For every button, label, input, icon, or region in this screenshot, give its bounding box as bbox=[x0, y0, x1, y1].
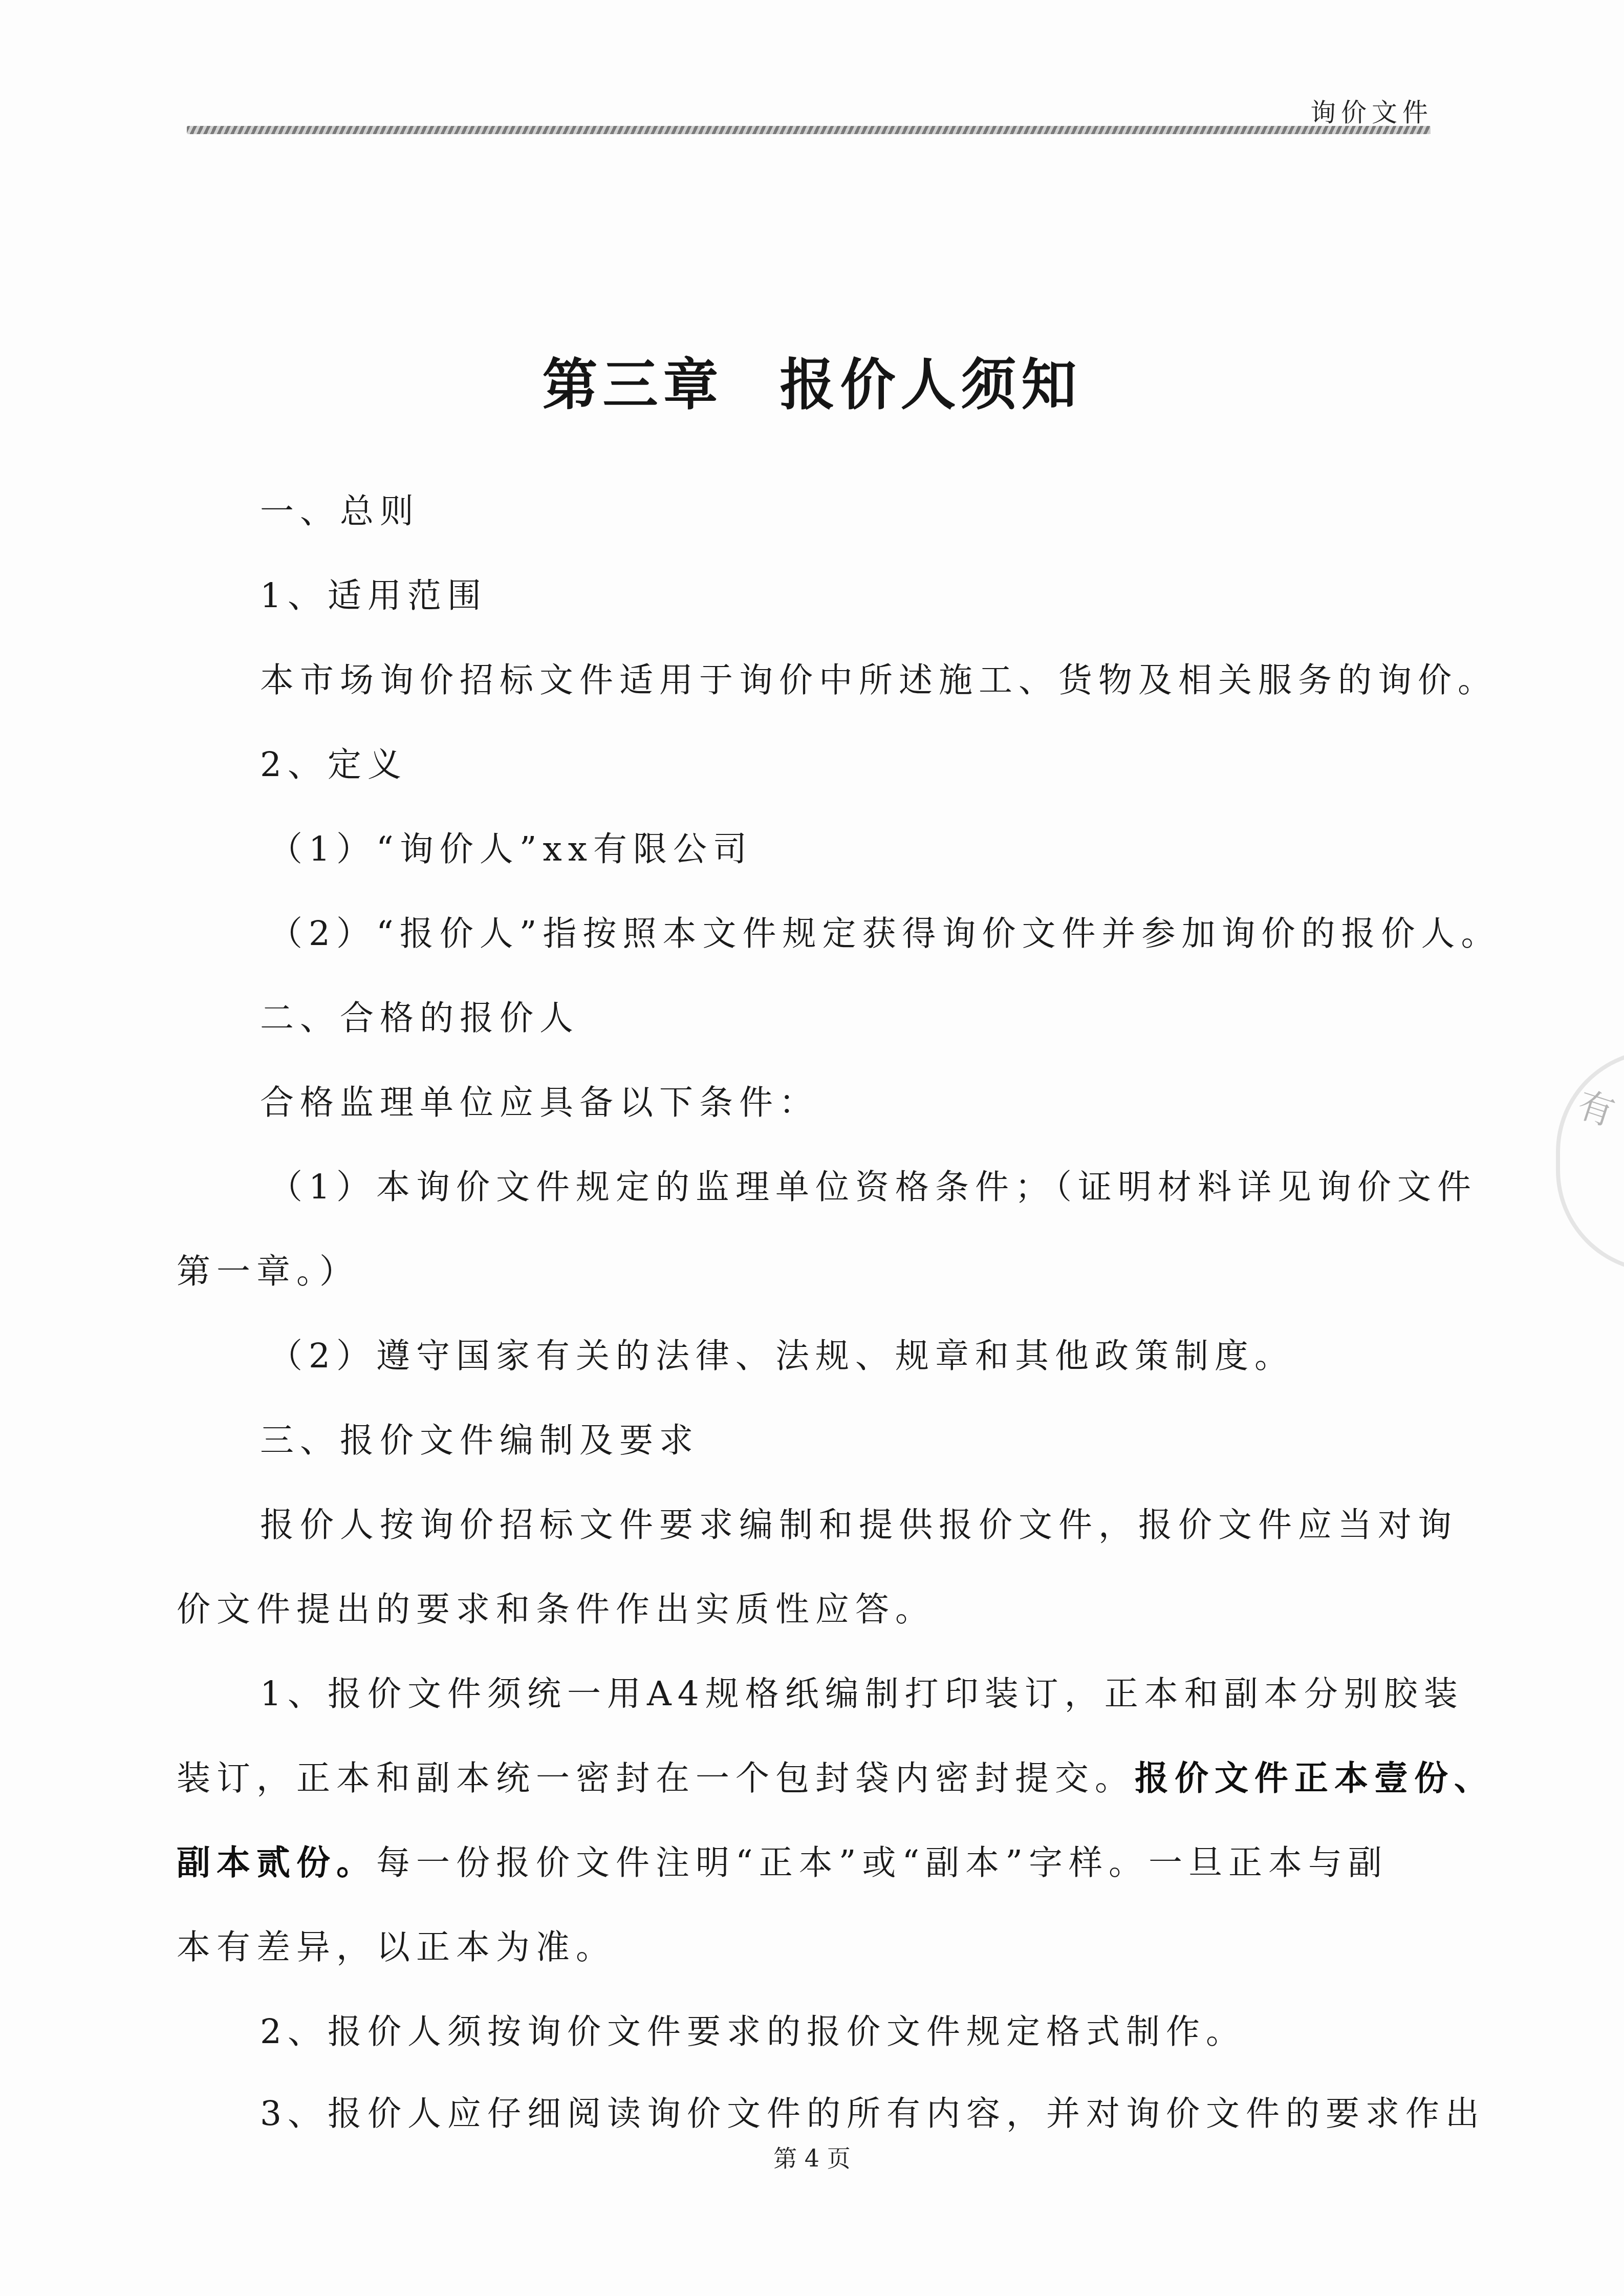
rule-1-line-4: 本有差异，以正本为准。 bbox=[177, 1920, 616, 1968]
section-heading-bid-preparation: 三、报价文件编制及要求 bbox=[260, 1413, 699, 1462]
condition-1-line-1: （1）本询价文件规定的监理单位资格条件；（证明材料详见询价文件 bbox=[269, 1160, 1477, 1208]
section-heading-qualified-bidder: 二、合格的报价人 bbox=[260, 991, 579, 1039]
rule-1-emphasis-cont: 副本贰份。 bbox=[177, 1842, 376, 1882]
page-number: 第 4 页 bbox=[0, 2140, 1624, 2174]
chapter-title: 第三章报价人须知 bbox=[0, 340, 1624, 420]
definition-bidder: （2）“报价人”指按照本文件规定获得询价文件并参加询价的报价人。 bbox=[269, 906, 1501, 955]
rule-3: 3、报价人应仔细阅读询价文件的所有内容，并对询价文件的要求作出 bbox=[260, 2086, 1485, 2135]
rule-2: 2、报价人须按询价文件要求的报价文件规定格式制作。 bbox=[260, 2004, 1246, 2053]
rule-1-line-2: 装订，正本和副本统一密封在一个包封袋内密封提交。报价文件正本壹份、 bbox=[177, 1751, 1494, 1799]
rule-1-line-1: 1、报价文件须统一用A4规格纸编制打印装订，正本和副本分别胶装 bbox=[260, 1666, 1464, 1715]
rule-1-line-3: 副本贰份。每一份报价文件注明“正本”或“副本”字样。一旦正本与副 bbox=[177, 1835, 1388, 1884]
subheading-definitions: 2、定义 bbox=[260, 737, 407, 786]
paragraph-conditions-intro: 合格监理单位应具备以下条件： bbox=[260, 1075, 819, 1124]
header-rule-divider bbox=[187, 126, 1431, 134]
rule-1-text-cont: 每一份报价文件注明“正本”或“副本”字样。一旦正本与副 bbox=[376, 1843, 1388, 1882]
paragraph-intro-line-1: 报价人按询价招标文件要求编制和提供报价文件，报价文件应当对询 bbox=[260, 1497, 1458, 1546]
subheading-scope: 1、适用范围 bbox=[260, 568, 487, 617]
running-header: 询价文件 bbox=[1310, 92, 1433, 129]
rule-1-emphasis: 报价文件正本壹份、 bbox=[1135, 1758, 1494, 1798]
document-page: 询价文件 第三章报价人须知 一、总则 1、适用范围 本市场询价招标文件适用于询价… bbox=[0, 0, 1624, 2296]
condition-2: （2）遵守国家有关的法律、法规、规章和其他政策制度。 bbox=[269, 1328, 1294, 1377]
chapter-number: 第三章 bbox=[542, 353, 723, 417]
section-heading-general: 一、总则 bbox=[260, 484, 420, 532]
chapter-name: 报价人须知 bbox=[780, 353, 1082, 417]
paragraph-intro-line-2: 价文件提出的要求和条件作出实质性应答。 bbox=[177, 1582, 935, 1630]
paragraph-scope: 本市场询价招标文件适用于询价中所述施工、货物及相关服务的询价。 bbox=[260, 653, 1498, 701]
condition-1-line-2: 第一章。） bbox=[177, 1244, 359, 1293]
rule-1-text: 装订，正本和副本统一密封在一个包封袋内密封提交。 bbox=[177, 1758, 1135, 1798]
definition-inquirer: （1）“询价人”xx有限公司 bbox=[269, 822, 753, 870]
